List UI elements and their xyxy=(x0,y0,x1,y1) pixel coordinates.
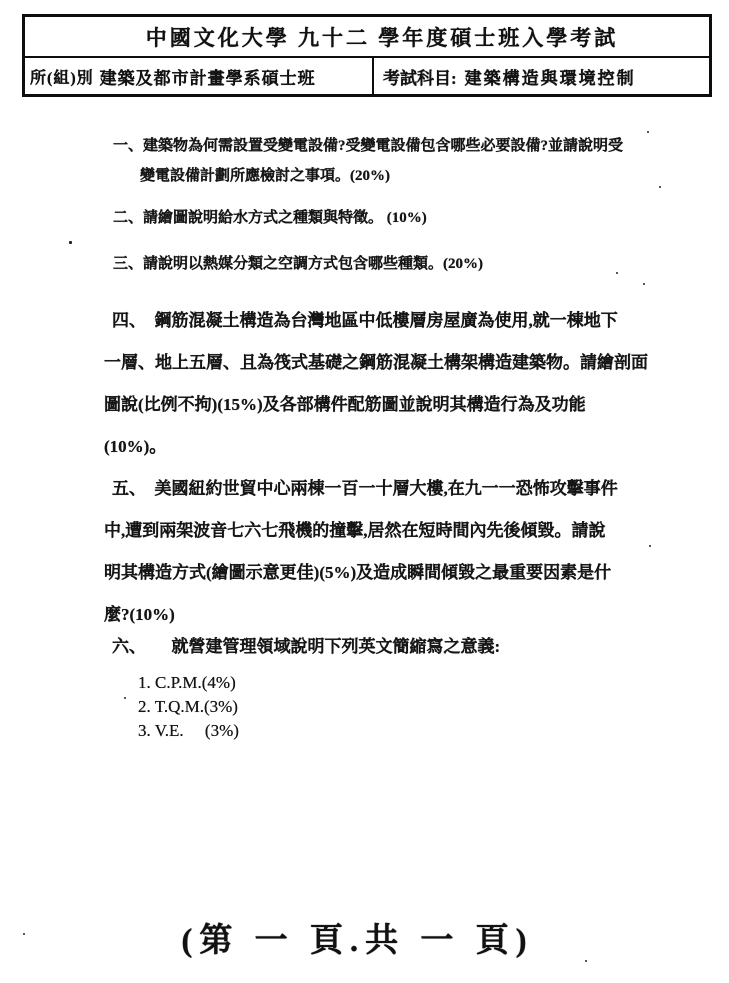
exam-header-bottom-row: 所(組)別 建築及都市計畫學系碩士班 考試科目: 建築構造與環境控制 xyxy=(25,58,709,95)
scan-speck xyxy=(69,241,72,244)
question-4-line-1: 四、 鋼筋混凝土構造為台灣地區中低樓層房屋廣為使用,就一棟地下 xyxy=(112,300,648,342)
exam-title: 中國文化大學 九十二 學年度碩士班入學考試 xyxy=(25,17,709,58)
scan-speck xyxy=(129,450,131,452)
subject-label: 考試科目: xyxy=(383,64,457,89)
question-6: 六、 就營建管理領域說明下列英文簡縮寫之意義: xyxy=(112,634,500,660)
scan-speck xyxy=(124,697,126,699)
question-5-line-3: 明其構造方式(繪圖示意更佳)(5%)及造成瞬間傾毀之最重要因素是什 xyxy=(104,552,618,594)
abbreviation-item-tqm: 2. T.Q.M.(3%) xyxy=(138,695,239,719)
question-4-line-3: 圖說(比例不拘)(15%)及各部構件配筋圖並說明其構造行為及功能 xyxy=(104,384,648,426)
question-4-line-4: (10%)。 xyxy=(104,426,648,468)
scan-speck xyxy=(616,272,618,274)
question-5-line-1: 五、 美國紐約世貿中心兩棟一百一十層大樓,在九一一恐怖攻擊事件 xyxy=(112,468,618,510)
question-6-line-1: 六、 就營建管理領域說明下列英文簡縮寫之意義: xyxy=(112,634,500,660)
scan-speck xyxy=(647,131,649,133)
scan-speck xyxy=(643,283,645,285)
question-4-line-2: 一層、地上五層、且為筏式基礎之鋼筋混凝土構架構造建築物。請繪剖面 xyxy=(104,342,648,384)
subject-value: 建築構造與環境控制 xyxy=(465,64,636,89)
question-4: 四、 鋼筋混凝土構造為台灣地區中低樓層房屋廣為使用,就一棟地下 一層、地上五層、… xyxy=(104,300,648,468)
question-5-line-4: 麼?(10%) xyxy=(104,594,618,636)
department-label: 所(組)別 xyxy=(30,65,94,88)
question-2-line-1: 二、請繪圖說明給水方式之種類與特徵。 (10%) xyxy=(113,203,427,233)
exam-paper-page: 中國文化大學 九十二 學年度碩士班入學考試 所(組)別 建築及都市計畫學系碩士班… xyxy=(0,0,729,983)
question-1-line-2: 變電設備計劃所應檢討之事項。(20%) xyxy=(140,161,623,191)
scan-speck xyxy=(649,545,651,547)
question-5: 五、 美國紐約世貿中心兩棟一百一十層大樓,在九一一恐怖攻擊事件 中,遭到兩架波音… xyxy=(104,468,618,636)
exam-header-table: 中國文化大學 九十二 學年度碩士班入學考試 所(組)別 建築及都市計畫學系碩士班… xyxy=(22,14,712,97)
question-1-line-1: 一、建築物為何需設置受變電設備?受變電設備包含哪些必要設備?並請說明受 xyxy=(113,131,623,161)
scan-speck xyxy=(23,933,25,935)
department-value: 建築及都市計畫學系碩士班 xyxy=(100,64,316,89)
question-3-line-1: 三、請說明以熱媒分類之空調方式包含哪些種類。(20%) xyxy=(113,249,483,279)
scan-speck xyxy=(659,186,661,188)
page-number-note: (第 一 頁.共 一 頁) xyxy=(0,914,715,961)
question-1: 一、建築物為何需設置受變電設備?受變電設備包含哪些必要設備?並請說明受 變電設備… xyxy=(113,131,623,191)
question-3: 三、請說明以熱媒分類之空調方式包含哪些種類。(20%) xyxy=(113,249,483,279)
subject-cell: 考試科目: 建築構造與環境控制 xyxy=(374,58,709,95)
question-2: 二、請繪圖說明給水方式之種類與特徵。 (10%) xyxy=(113,203,427,233)
abbreviation-item-ve: 3. V.E. (3%) xyxy=(138,719,239,743)
question-5-line-2: 中,遭到兩架波音七六七飛機的撞擊,居然在短時間內先後傾毀。請說 xyxy=(104,510,618,552)
department-cell: 所(組)別 建築及都市計畫學系碩士班 xyxy=(25,58,374,95)
scan-speck xyxy=(585,960,587,962)
question-6-abbreviation-list: 1. C.P.M.(4%) 2. T.Q.M.(3%) 3. V.E. (3%) xyxy=(138,671,239,743)
abbreviation-item-cpm: 1. C.P.M.(4%) xyxy=(138,671,239,695)
